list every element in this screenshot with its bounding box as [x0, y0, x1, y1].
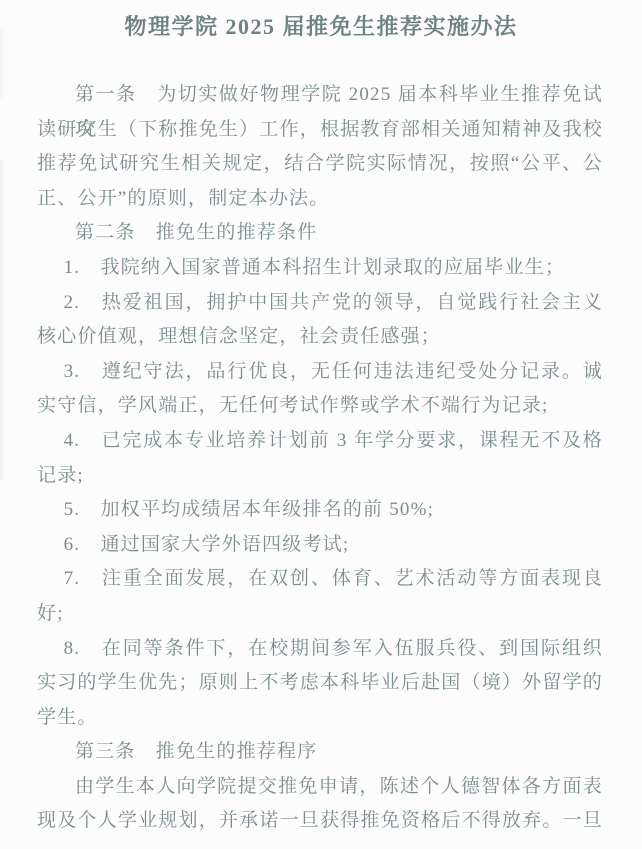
document-line: 3. 遵纪守法，品行优良，无任何违法违纪受处分记录。诚: [37, 355, 603, 390]
document-line: 实守信，学风端正，无任何考试作弊或学术不端行为记录;: [37, 389, 603, 424]
document-line: 推荐免试研究生相关规定，结合学院实际情况，按照“公平、公: [37, 147, 603, 182]
scan-smudge: [0, 160, 6, 480]
document-line: 学生。: [37, 701, 603, 736]
document-line: 5. 加权平均成绩居本年级排名的前 50%;: [37, 493, 603, 528]
document-line: 2. 热爱祖国，拥护中国共产党的领导，自觉践行社会主义: [37, 286, 603, 321]
document-line: 记录;: [37, 459, 603, 494]
document-line: 6. 通过国家大学外语四级考试;: [37, 528, 603, 563]
document-line: 第二条 推免生的推荐条件: [37, 216, 603, 251]
document-line: 8. 在同等条件下，在校期间参军入伍服兵役、到国际组织: [37, 632, 603, 667]
document-line: 第三条 推免生的推荐程序: [37, 735, 603, 770]
document-line: 第一条 为切实做好物理学院 2025 届本科毕业生推荐免试攻: [37, 78, 603, 113]
document-title: 物理学院 2025 届推免生推荐实施办法: [0, 10, 642, 41]
document-line: 7. 注重全面发展，在双创、体育、艺术活动等方面表现良: [37, 562, 603, 597]
document-line: 4. 已完成本专业培养计划前 3 年学分要求，课程无不及格: [37, 424, 603, 459]
document-line: 由学生本人向学院提交推免申请，陈述个人德智体各方面表: [37, 770, 603, 805]
document-line: 现及个人学业规划，并承诺一旦获得推免资格后不得放弃。一旦: [37, 804, 603, 839]
document-line: 好;: [37, 597, 603, 632]
document-line: 1. 我院纳入国家普通本科招生计划录取的应届毕业生；: [37, 251, 603, 286]
document-page: 物理学院 2025 届推免生推荐实施办法 第一条 为切实做好物理学院 2025 …: [0, 0, 642, 849]
document-line: 核心价值观，理想信念坚定，社会责任感强；: [37, 320, 603, 355]
document-body: 第一条 为切实做好物理学院 2025 届本科毕业生推荐免试攻读研究生（下称推免生…: [37, 78, 603, 839]
document-line: 读研究生（下称推免生）工作，根据教育部相关通知精神及我校: [37, 113, 603, 148]
document-line: 实习的学生优先；原则上不考虑本科毕业后赴国（境）外留学的: [37, 666, 603, 701]
document-line: 正、公开”的原则，制定本办法。: [37, 182, 603, 217]
